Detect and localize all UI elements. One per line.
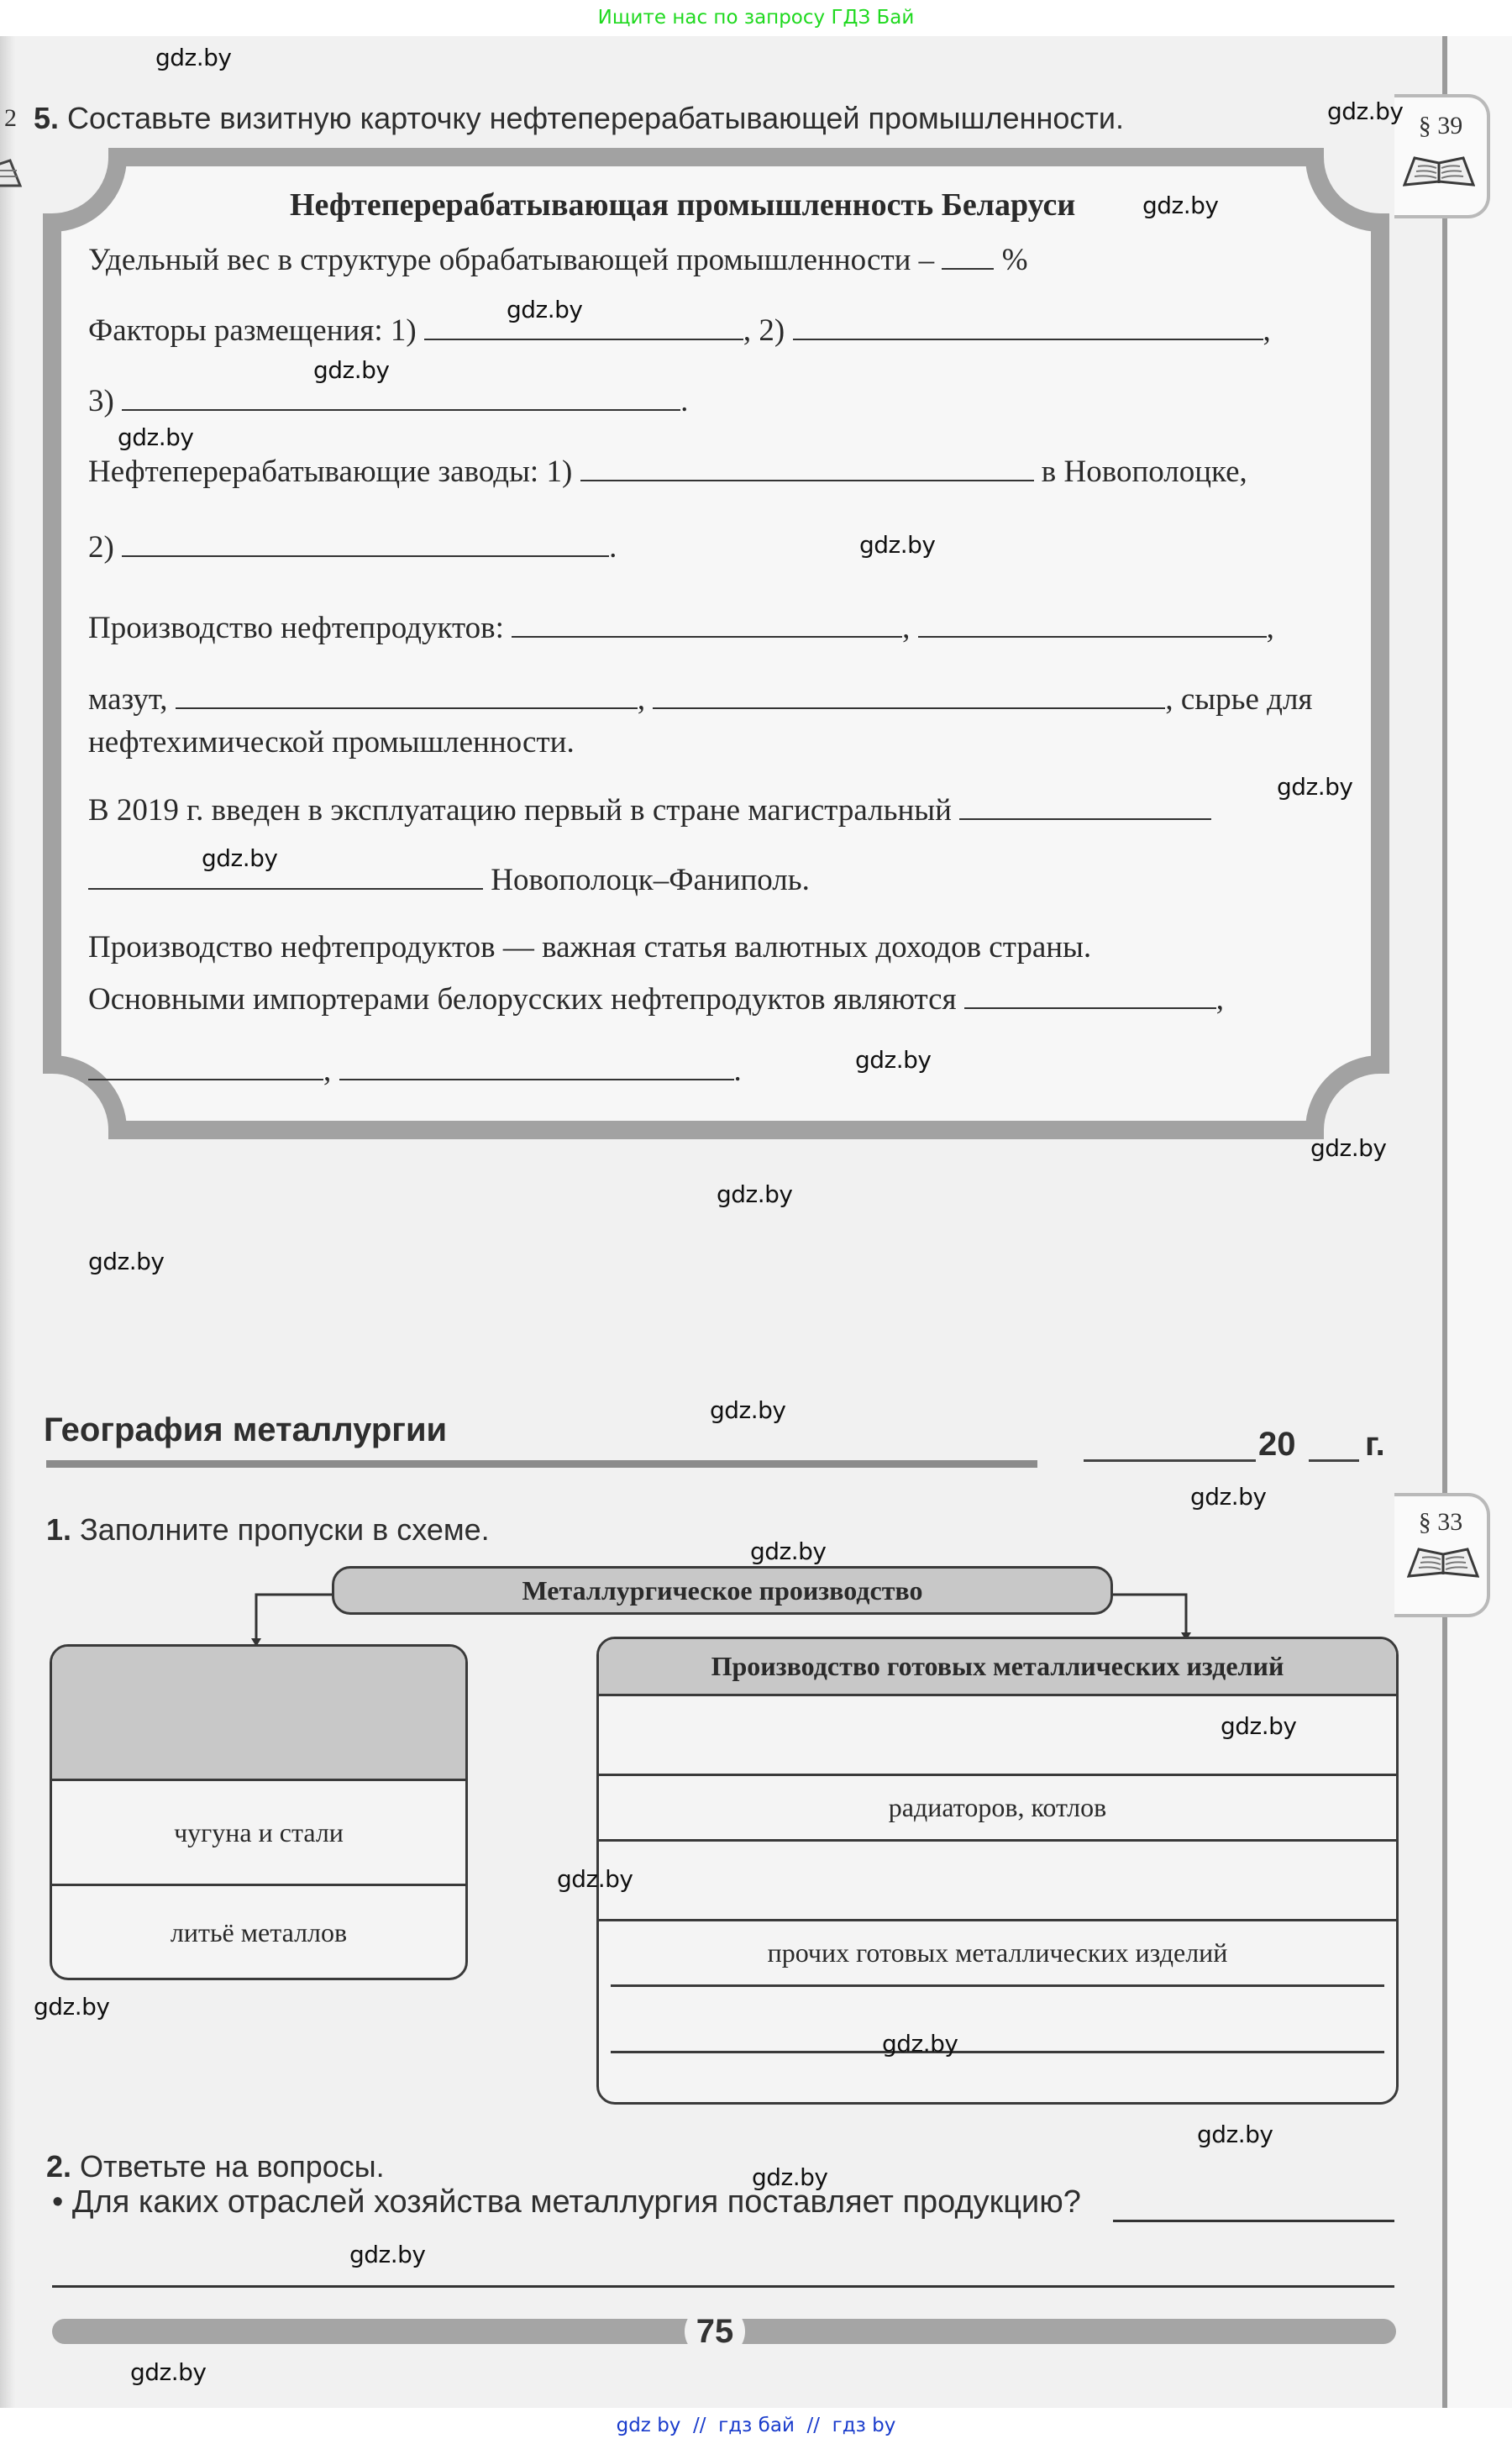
answer-input-2[interactable] [52, 2285, 1394, 2288]
pipeline-route-line: Новополоцк–Фаниполь. [88, 862, 810, 898]
diagram-right-row-input[interactable] [599, 1842, 1396, 1921]
task-2-heading: 2. Ответьте на вопросы. [46, 2149, 385, 2184]
plant-1-suffix: в Новополоцке, [1042, 455, 1247, 489]
watermark: gdz.by [752, 2163, 828, 2191]
share-input[interactable] [942, 267, 994, 270]
section-ref-label: § 33 [1394, 1508, 1487, 1537]
watermark: gdz.by [507, 296, 583, 323]
plants-line: Нефтеперерабатывающие заводы: 1) в Новоп… [88, 454, 1247, 490]
pipeline-type-input[interactable] [959, 817, 1211, 820]
products-label: Производство нефтепродуктов: [88, 611, 504, 645]
plant-2-input[interactable] [122, 554, 609, 557]
product-4-input[interactable] [653, 707, 1165, 709]
watermark: gdz.by [313, 356, 390, 384]
product-2-input[interactable] [918, 635, 1267, 638]
diagram-left-row-label: литьё металлов [171, 1917, 347, 1948]
binding-shadow [0, 36, 15, 2408]
watermark: gdz.by [130, 2358, 207, 2386]
watermark: gdz.by [557, 1865, 633, 1893]
answer-input-1[interactable] [1113, 2220, 1394, 2222]
date-year-input[interactable] [1309, 1459, 1359, 1462]
raw-suffix: , сырье для [1165, 682, 1312, 717]
diagram-right-line-input[interactable] [611, 2051, 1384, 2053]
watermark: gdz.by [882, 2030, 958, 2058]
book-icon [0, 154, 24, 189]
task-title: Ответьте на вопросы. [80, 2149, 385, 2184]
question-text: Для каких отраслей хозяйства металлургия… [72, 2184, 1081, 2220]
share-label: Удельный вес в структуре обрабатывающей … [88, 243, 934, 277]
diagram-right-header-label: Производство готовых металлических издел… [711, 1651, 1284, 1682]
watermark: gdz.by [1142, 192, 1219, 219]
card-title-text: Нефтеперерабатывающая промышленность Бел… [290, 187, 1075, 223]
factors-line: Факторы размещения: 1) , 2) , [88, 313, 1271, 349]
petrochem-text: нефтехимической промышленности. [88, 725, 575, 759]
share-line: Удельный вес в структуре обрабатывающей … [88, 242, 1028, 278]
task-5-heading: 5. Составьте визитную карточку нефтепере… [34, 101, 1124, 136]
watermark: gdz.by [750, 1537, 827, 1565]
importers-line: Основными импортерами белорусских нефтеп… [88, 981, 1224, 1017]
diagram-root-label: Металлургическое производство [334, 1569, 1110, 1612]
watermark: gdz.by [202, 844, 278, 872]
petrochem-line: нефтехимической промышленности. [88, 724, 575, 760]
pipeline-type-continuation-input[interactable] [88, 887, 483, 890]
date-suffix: г. [1365, 1426, 1385, 1464]
importer-1-input[interactable] [964, 1007, 1216, 1009]
diagram-left-header-input[interactable] [52, 1647, 465, 1781]
section-title-rule [46, 1460, 1037, 1468]
watermark: gdz.by [1327, 97, 1404, 125]
watermark: gdz.by [88, 1248, 165, 1275]
task-number: 1. [46, 1512, 71, 1547]
watermark: gdz.by [349, 2241, 426, 2268]
page-number: 75 [685, 2305, 745, 2358]
diagram-right-box: Производство готовых металлических издел… [596, 1637, 1399, 2105]
date-input[interactable] [1084, 1459, 1256, 1462]
factor-3-input[interactable] [122, 408, 680, 411]
factors-label: Факторы размещения: 1) [88, 313, 417, 348]
card-title: Нефтеперерабатывающая промышленность Бел… [290, 187, 1075, 223]
bullet: • [52, 2184, 63, 2220]
diagram-left-box: чугуна и стали литьё металлов [50, 1644, 468, 1980]
page-margin-right [1447, 36, 1512, 2408]
product-1-input[interactable] [512, 635, 902, 638]
task-1-heading: 1. Заполните пропуски в схеме. [46, 1512, 490, 1548]
product-3-input[interactable] [176, 707, 638, 709]
watermark: gdz.by [34, 1993, 110, 2021]
page-edge [1442, 36, 1447, 2408]
watermark: gdz.by [1221, 1712, 1297, 1740]
watermark: gdz.by [118, 423, 194, 451]
diagram-root-box: Металлургическое производство [332, 1566, 1113, 1615]
mazut-line: мазут, , , сырье для [88, 681, 1312, 717]
task-number: 2. [46, 2149, 71, 2184]
watermark: gdz.by [717, 1180, 793, 1208]
mazut-label: мазут, [88, 682, 168, 717]
pipeline-route: Новополоцк–Фаниполь. [491, 863, 810, 897]
factor-1-input[interactable] [424, 338, 743, 340]
watermark: gdz.by [1190, 1483, 1267, 1511]
importers-text: Основными импортерами белорусских нефтеп… [88, 982, 957, 1017]
section-title: География металлургии [44, 1411, 447, 1449]
importer-3-input[interactable] [339, 1078, 734, 1080]
book-icon [1403, 153, 1475, 188]
plants-label: Нефтеперерабатывающие заводы: 1) [88, 455, 572, 489]
factor-3-label: 3) [88, 384, 114, 418]
diagram-right-row: прочих готовых металлических изделий [599, 1921, 1396, 1984]
plant-2-line: 2) . [88, 529, 617, 565]
pipeline-line: В 2019 г. введен в эксплуатацию первый в… [88, 792, 1211, 828]
watermark: gdz.by [155, 44, 232, 71]
factor-2-input[interactable] [793, 338, 1263, 340]
diagram-left-row-label: чугуна и стали [174, 1817, 344, 1848]
pipeline-text: В 2019 г. введен в эксплуатацию первый в… [88, 793, 952, 828]
diagram-right-row-label: прочих готовых металлических изделий [768, 1937, 1228, 1968]
diagram-left-row: чугуна и стали [52, 1781, 465, 1886]
question-1: • Для каких отраслей хозяйства металлург… [52, 2184, 1081, 2221]
watermark: gdz.by [1277, 773, 1353, 801]
share-unit: % [1002, 243, 1028, 277]
products-line: Производство нефтепродуктов: , , [88, 610, 1274, 646]
task-title: Заполните пропуски в схеме. [80, 1512, 490, 1547]
prev-section-fragment: 2 [0, 104, 17, 133]
watermark: gdz.by [855, 1046, 932, 1074]
section-ref-label: § 39 [1394, 112, 1487, 140]
task-title: Составьте визитную карточку нефтеперераб… [67, 101, 1124, 135]
diagram-right-row-label: радиаторов, котлов [889, 1792, 1106, 1823]
plant-2-label: 2) [88, 530, 114, 565]
watermark: gdz.by [710, 1396, 786, 1424]
export-line: Производство нефтепродуктов — важная ста… [88, 929, 1091, 965]
date-year: 20 [1258, 1426, 1296, 1464]
importer-2-input[interactable] [88, 1078, 323, 1080]
task-number: 5. [34, 101, 59, 135]
watermark: gdz.by [1197, 2121, 1273, 2148]
watermark: gdz.by [859, 531, 936, 559]
diagram-right-row: радиаторов, котлов [599, 1776, 1396, 1842]
diagram-right-header: Производство готовых металлических издел… [599, 1639, 1396, 1696]
factor-3-line: 3) . [88, 383, 688, 419]
promo-banner: Ищите нас по запросу ГДЗ Бай [0, 0, 1512, 36]
export-text: Производство нефтепродуктов — важная ста… [88, 930, 1091, 964]
footer-links[interactable]: gdz by // гдз бай // гдз by [0, 2408, 1512, 2444]
plant-1-input[interactable] [580, 479, 1034, 481]
watermark: gdz.by [1310, 1134, 1387, 1162]
diagram-left-row: литьё металлов [52, 1886, 465, 1979]
importers-line-2: , . [88, 1053, 742, 1089]
factor-2-label: , 2) [743, 313, 785, 348]
